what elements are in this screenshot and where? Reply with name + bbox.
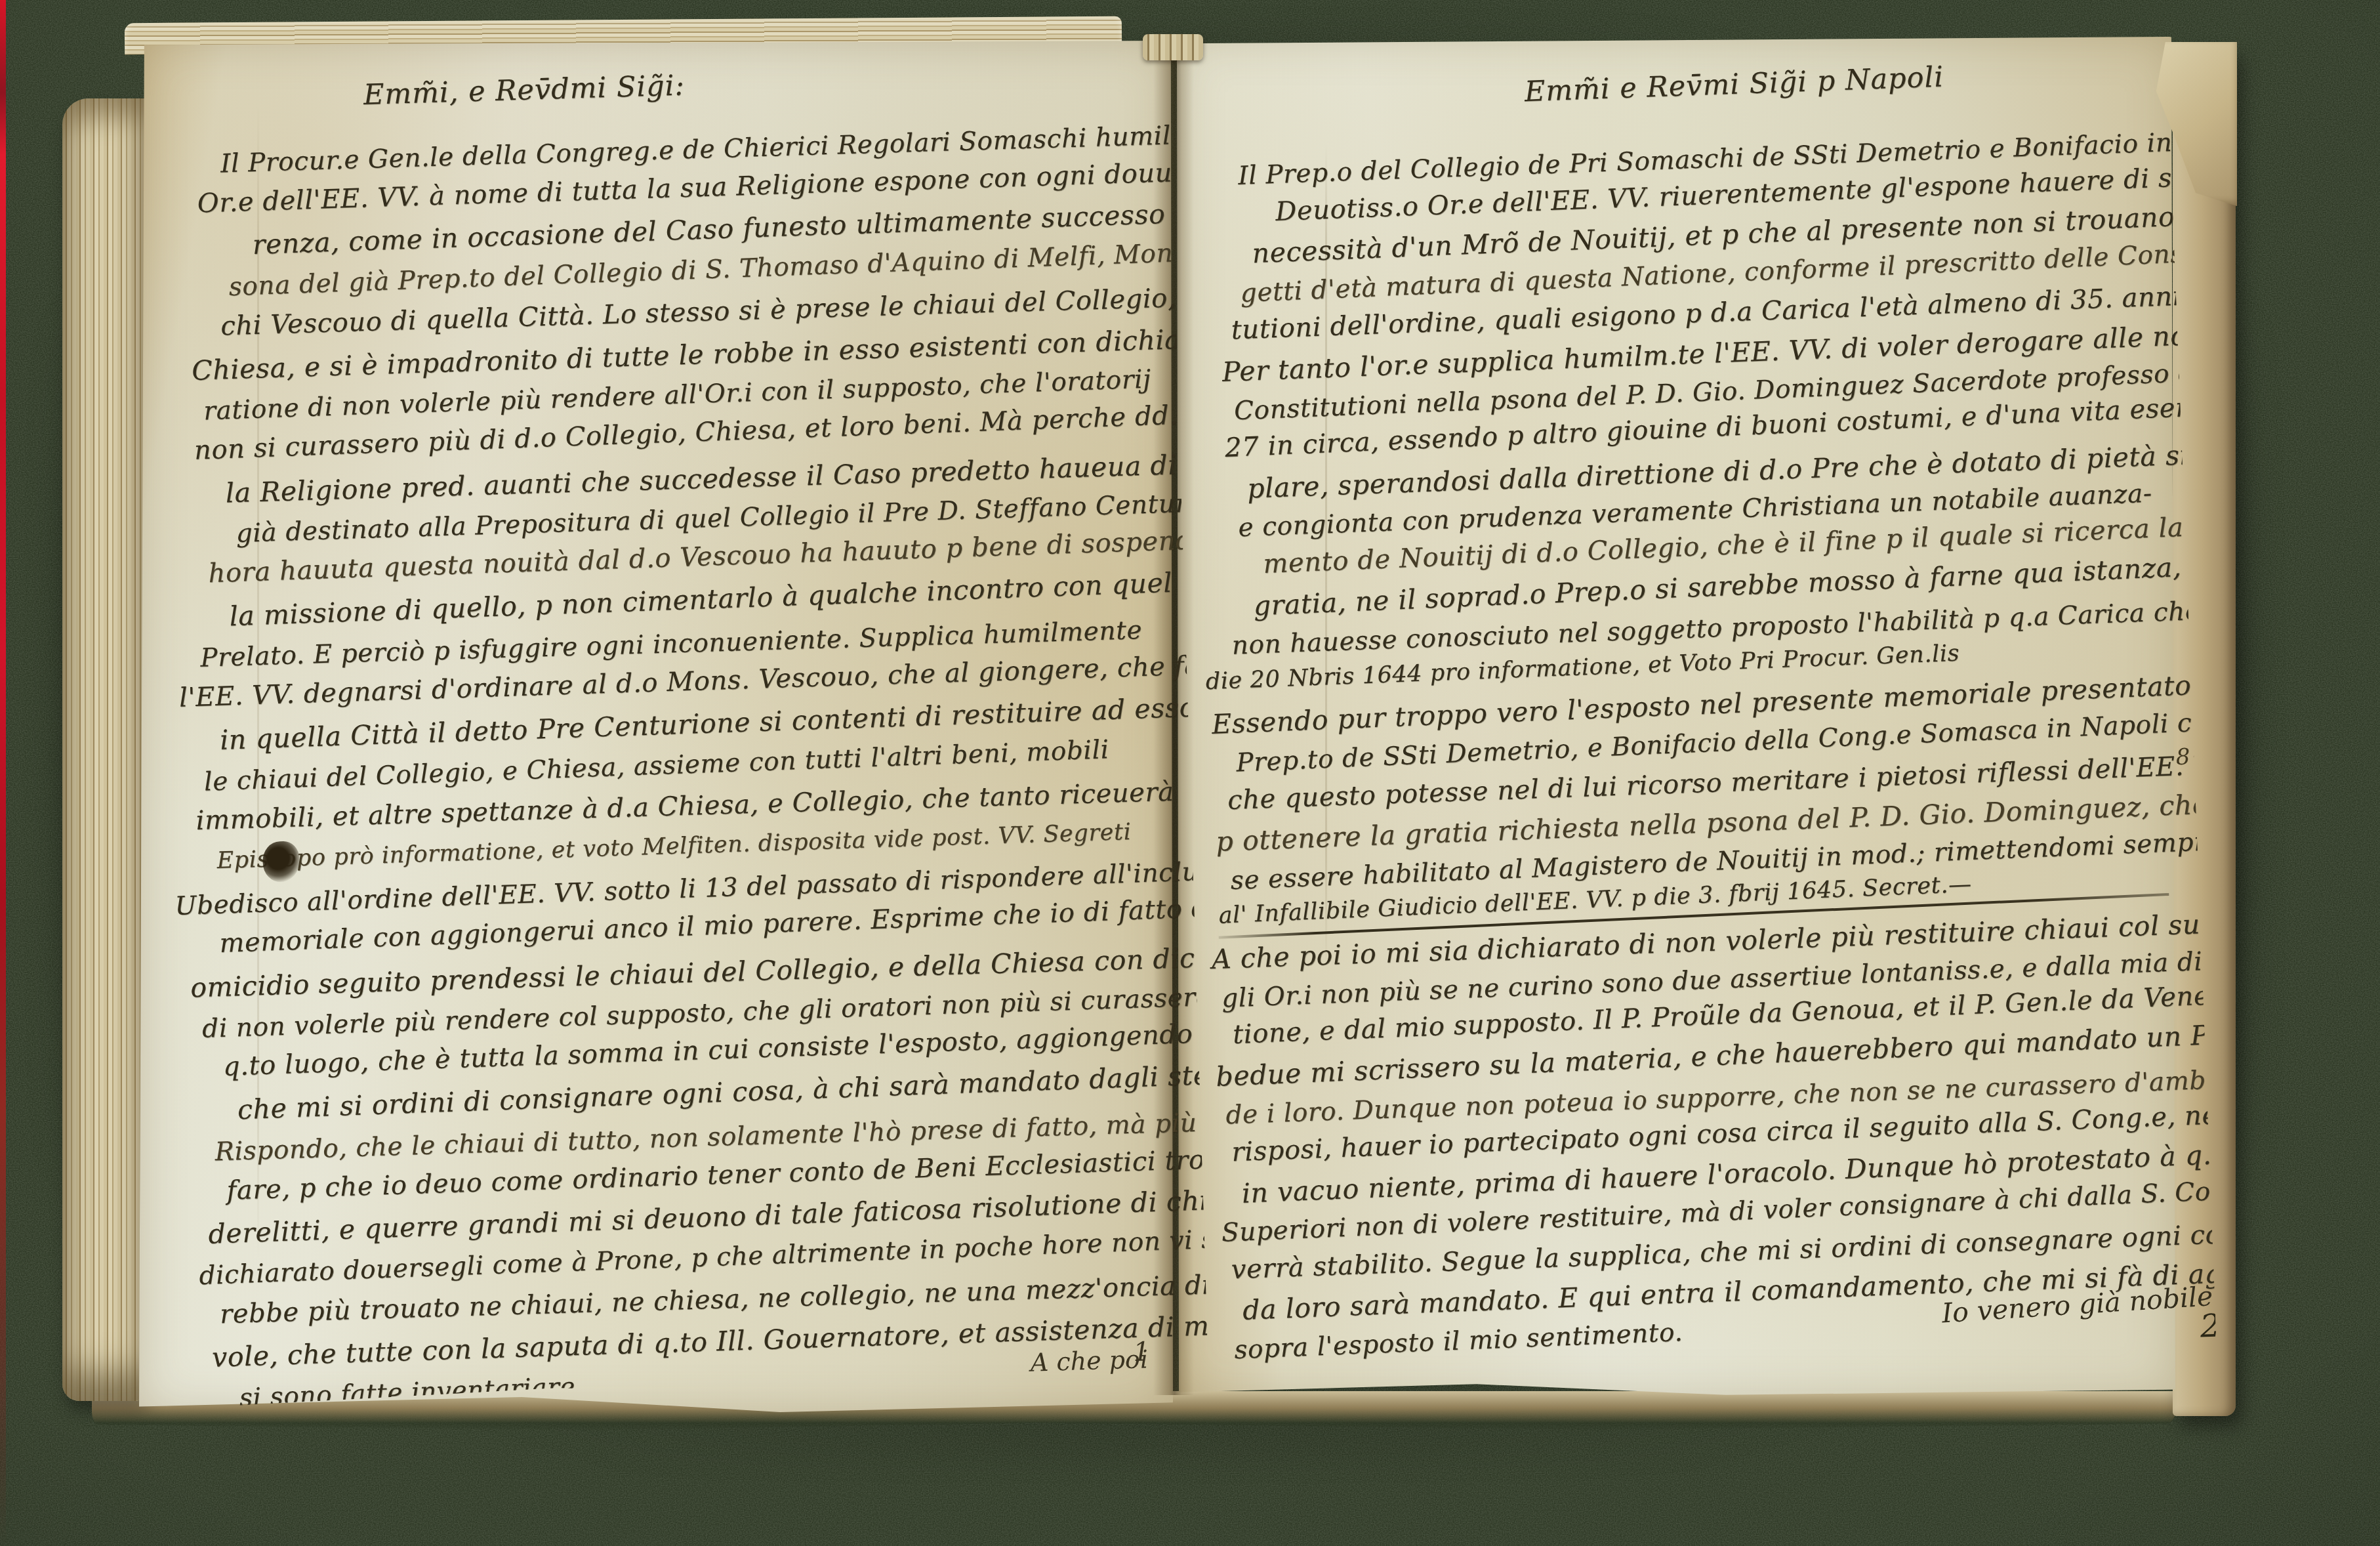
manuscript-line: sopra l'esposto il mio sentimento. [1233,1318,1683,1365]
quire-mark: 1 [1133,1337,1151,1368]
left-page-heading: Emm̃i, e Rev̄dmi Sig̃i: [363,69,685,112]
margin-mark: 8 [2175,744,2190,771]
right-page-text: Emm̃i e Rev̄mi Sig̃i p Napoli Il Prep.o … [1171,4,2217,1400]
red-cloth-edge [0,0,6,1546]
left-page-text: Emm̃i, e Rev̄dmi Sig̃i: Il Procur.e Gen.… [135,12,1209,1415]
catchword: A che poi [1030,1345,1148,1377]
right-page-heading: Emm̃i e Rev̄mi Sig̃i p Napoli [1524,60,1944,108]
ink-blot [262,841,300,883]
manuscript-photo: Emm̃i, e Rev̄dmi Sig̃i: Il Procur.e Gen.… [0,0,2380,1546]
left-page-edge-stack [62,98,146,1401]
page-number: 2 [2200,1308,2217,1345]
